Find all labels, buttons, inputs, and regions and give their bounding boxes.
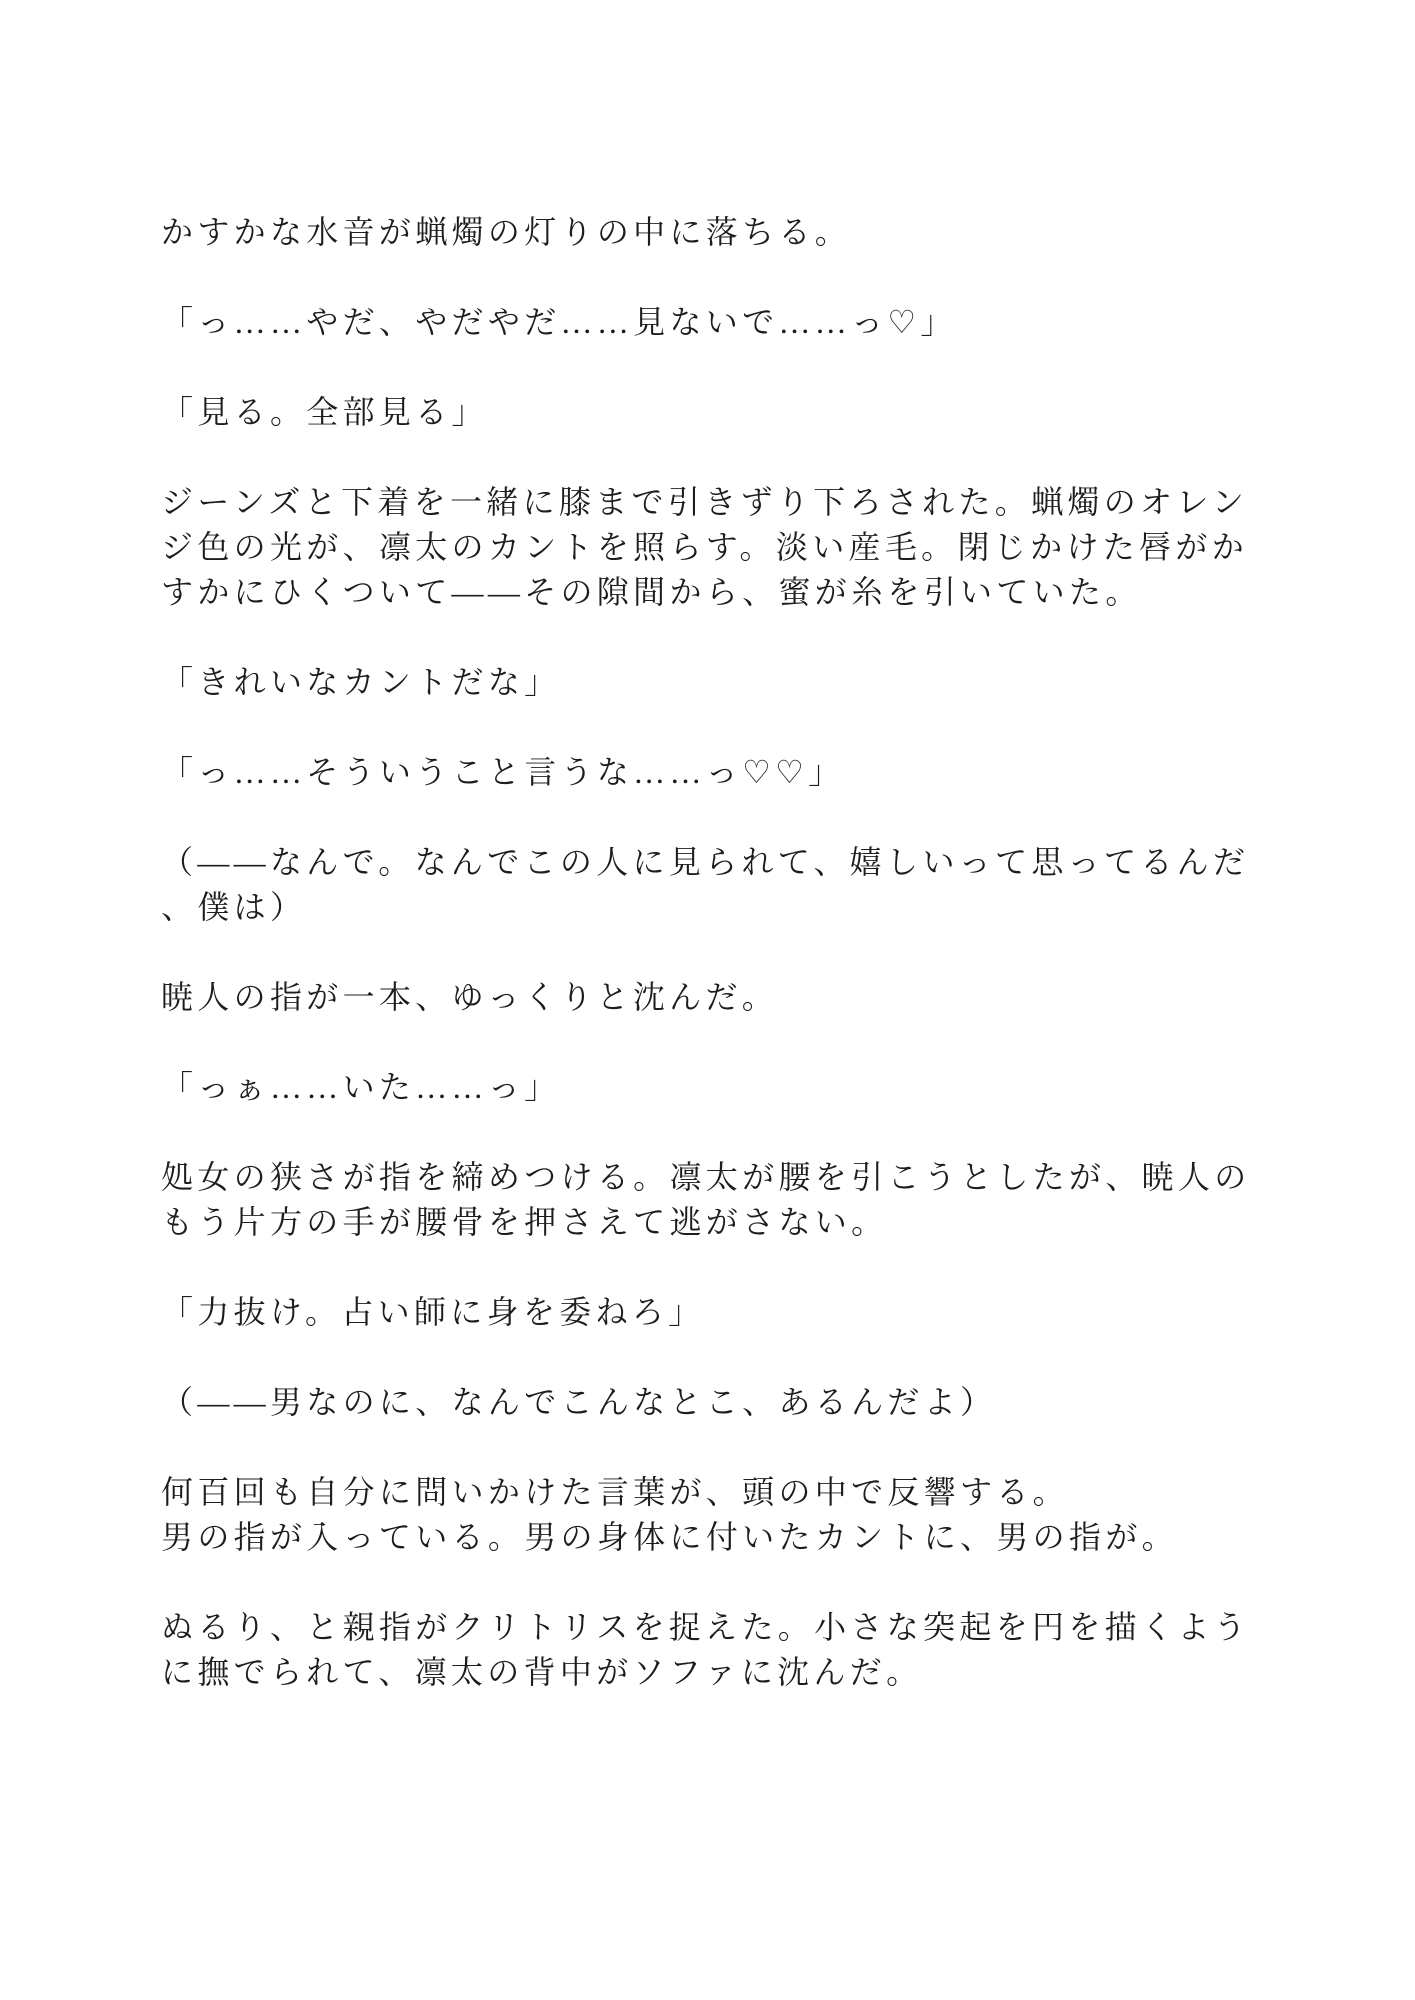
paragraph-dialogue: 「っ……そういうこと言うな……っ♡♡」 [161, 750, 1291, 795]
document-page: かすかな水音が蝋燭の灯りの中に落ちる。 「っ……やだ、やだやだ……見ないで……っ… [0, 0, 1415, 2000]
paragraph-narration: ぬるり、と親指がクリトリスを捉えた。小さな突起を円を描くよう に撫でられて、凛太… [161, 1605, 1291, 1695]
paragraph-inner-monologue: （——男なのに、なんでこんなとこ、あるんだよ） [161, 1380, 1291, 1425]
paragraph-dialogue: 「きれいなカントだな」 [161, 660, 1291, 705]
paragraph-dialogue: 「力抜け。占い師に身を委ねろ」 [161, 1290, 1291, 1335]
paragraph-narration: 何百回も自分に問いかけた言葉が、頭の中で反響する。 男の指が入っている。男の身体… [161, 1470, 1291, 1560]
paragraph-dialogue: 「っぁ……いた……っ」 [161, 1065, 1291, 1110]
paragraph-narration: 処女の狭さが指を締めつける。凛太が腰を引こうとしたが、暁人の もう片方の手が腰骨… [161, 1155, 1291, 1245]
paragraph-inner-monologue: （——なんで。なんでこの人に見られて、嬉しいって思ってるんだ 、僕は） [161, 840, 1291, 930]
paragraph-narration: ジーンズと下着を一緒に膝まで引きずり下ろされた。蝋燭のオレン ジ色の光が、凛太の… [161, 480, 1291, 615]
story-text-block: かすかな水音が蝋燭の灯りの中に落ちる。 「っ……やだ、やだやだ……見ないで……っ… [161, 210, 1291, 1740]
paragraph-dialogue: 「っ……やだ、やだやだ……見ないで……っ♡」 [161, 300, 1291, 345]
paragraph-narration: 暁人の指が一本、ゆっくりと沈んだ。 [161, 975, 1291, 1020]
paragraph-narration: かすかな水音が蝋燭の灯りの中に落ちる。 [161, 210, 1291, 255]
paragraph-dialogue: 「見る。全部見る」 [161, 390, 1291, 435]
